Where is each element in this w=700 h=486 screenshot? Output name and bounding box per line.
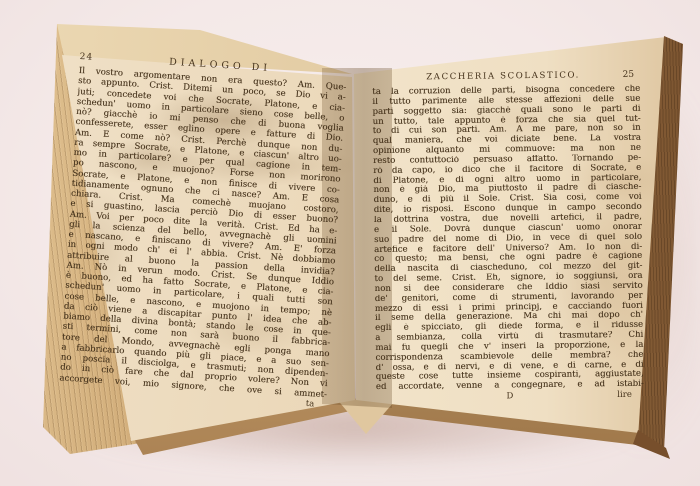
right-body-lines: ta la corruzion delle parti, bisogna con… <box>372 85 644 393</box>
header-spacer <box>372 79 426 80</box>
left-page-number: 24 <box>79 52 93 63</box>
right-catchword: lire <box>617 390 632 400</box>
right-page-number: 25 <box>580 70 640 81</box>
right-header-title: ZACCHERIA SCOLASTICO. <box>426 70 580 82</box>
left-body-lines: Il vostro argomentare non era questo? Am… <box>59 66 346 400</box>
book-photo: 24 DIALOGO DI Il vostro argomentare non … <box>0 0 700 486</box>
left-page-text: 24 DIALOGO DI Il vostro argomentare non … <box>58 51 347 411</box>
signature-mark: D <box>376 390 644 403</box>
left-catchword: ta <box>305 399 314 410</box>
right-page-text: ZACCHERIA SCOLASTICO. 25 ta la corruzion… <box>372 70 644 404</box>
